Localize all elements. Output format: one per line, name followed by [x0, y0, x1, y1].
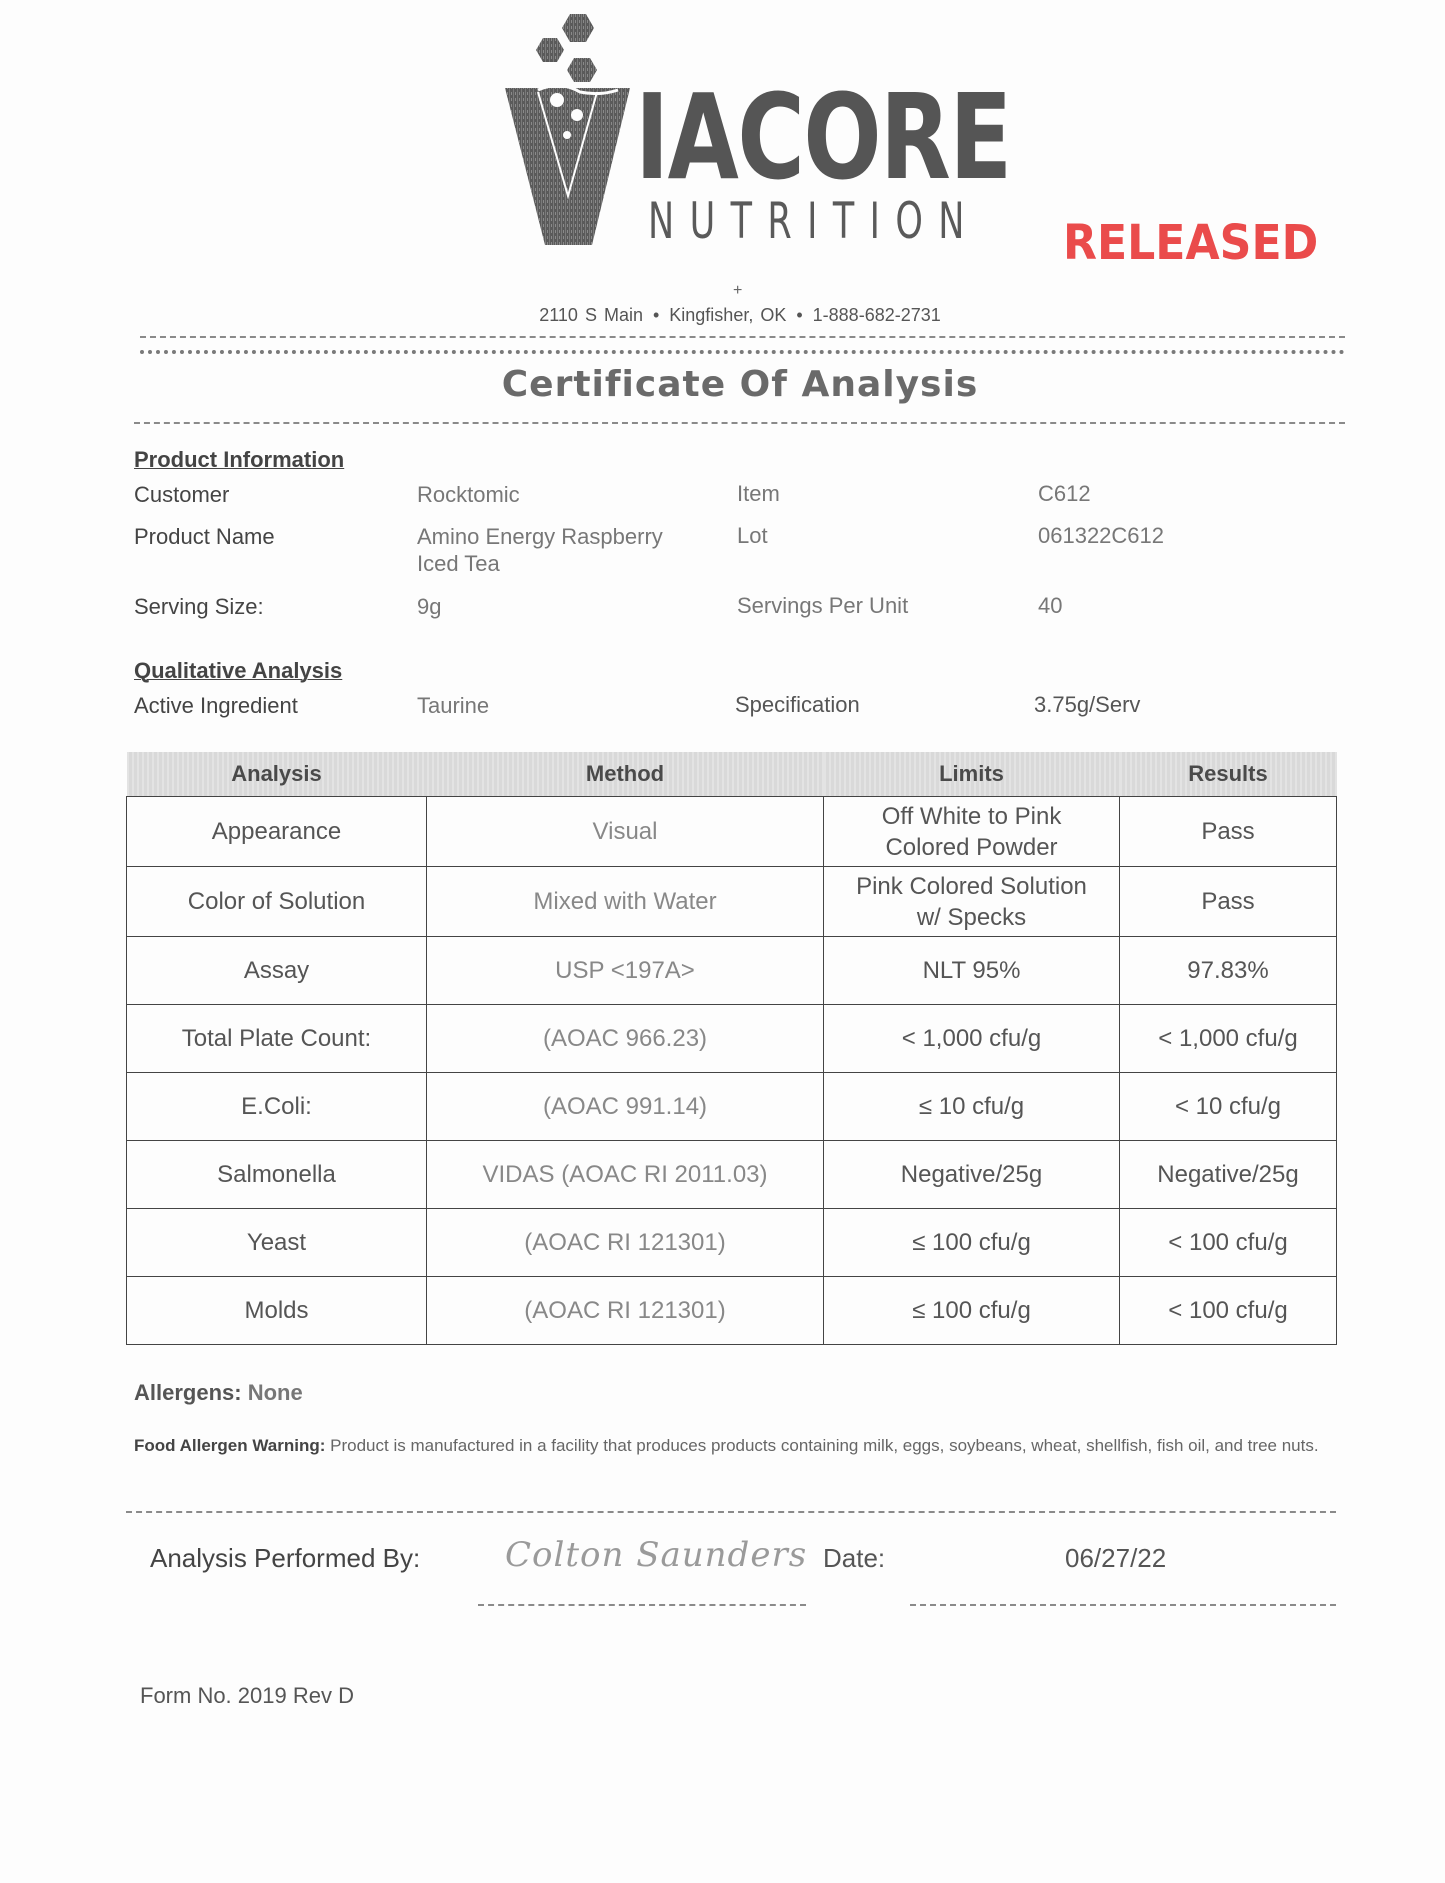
date-value: 06/27/22 — [1065, 1543, 1166, 1574]
column-header-limits: Limits — [824, 752, 1120, 797]
warning-text: Product is manufactured in a facility th… — [330, 1436, 1318, 1455]
customer-label: Customer — [134, 482, 229, 508]
active-ingredient-label: Active Ingredient — [134, 693, 298, 719]
limits-line-1: < 1,000 cfu/g — [830, 1023, 1113, 1054]
analysis-cell: Total Plate Count: — [127, 1005, 427, 1073]
method-cell: (AOAC RI 121301) — [427, 1277, 824, 1345]
header-divider — [140, 336, 1345, 338]
limits-cell: ≤ 100 cfu/g — [824, 1209, 1120, 1277]
warning-label: Food Allergen Warning: — [134, 1436, 325, 1455]
limits-cell: < 1,000 cfu/g — [824, 1005, 1120, 1073]
analysis-cell: E.Coli: — [127, 1073, 427, 1141]
limits-line-2: w/ Specks — [830, 902, 1113, 933]
analysis-cell: Salmonella — [127, 1141, 427, 1209]
table-row: E.Coli:(AOAC 991.14)≤ 10 cfu/g< 10 cfu/g — [127, 1073, 1337, 1141]
method-cell: VIDAS (AOAC RI 2011.03) — [427, 1141, 824, 1209]
column-header-analysis: Analysis — [127, 752, 427, 797]
logo-wordmark: IACORE — [635, 78, 1011, 196]
table-row: AppearanceVisualOff White to PinkColored… — [127, 797, 1337, 867]
address-separator: • — [796, 305, 802, 325]
address-street: 2110 S Main — [539, 305, 643, 325]
footer-divider — [126, 1511, 1336, 1513]
result-cell: < 100 cfu/g — [1120, 1209, 1337, 1277]
product-name-value-line2: Iced Tea — [417, 551, 500, 577]
viacore-logo: IACORE NUTRITION — [500, 0, 980, 255]
allergens-label: Allergens: — [134, 1380, 242, 1405]
limits-line-1: Pink Colored Solution — [830, 871, 1113, 902]
limits-line-1: NLT 95% — [830, 955, 1113, 986]
limits-line-1: ≤ 10 cfu/g — [830, 1091, 1113, 1122]
signature-line — [478, 1604, 806, 1606]
food-allergen-warning: Food Allergen Warning: Product is manufa… — [134, 1433, 1339, 1458]
analysis-cell: Yeast — [127, 1209, 427, 1277]
result-cell: Pass — [1120, 867, 1337, 937]
table-row: Yeast(AOAC RI 121301)≤ 100 cfu/g< 100 cf… — [127, 1209, 1337, 1277]
active-ingredient-value: Taurine — [417, 693, 489, 719]
method-cell: (AOAC RI 121301) — [427, 1209, 824, 1277]
method-cell: (AOAC 966.23) — [427, 1005, 824, 1073]
table-row: Color of SolutionMixed with WaterPink Co… — [127, 867, 1337, 937]
method-cell: USP <197A> — [427, 937, 824, 1005]
result-cell: 97.83% — [1120, 937, 1337, 1005]
lot-label: Lot — [737, 523, 768, 549]
form-number: Form No. 2019 Rev D — [140, 1683, 354, 1709]
table-row: Total Plate Count:(AOAC 966.23)< 1,000 c… — [127, 1005, 1337, 1073]
qualitative-analysis-heading: Qualitative Analysis — [134, 658, 342, 684]
column-header-method: Method — [427, 752, 824, 797]
item-label: Item — [737, 481, 780, 507]
result-cell: < 1,000 cfu/g — [1120, 1005, 1337, 1073]
specification-label: Specification — [735, 692, 860, 718]
address-phone: 1-888-682-2731 — [813, 305, 941, 325]
product-name-value-line1: Amino Energy Raspberry — [417, 524, 663, 550]
limits-cell: Pink Colored Solutionw/ Specks — [824, 867, 1120, 937]
logo-subtitle: NUTRITION — [648, 196, 980, 246]
date-label: Date: — [823, 1543, 885, 1574]
page-title: Certificate Of Analysis — [0, 364, 1445, 405]
address-plus: + — [733, 282, 742, 300]
address-city: Kingfisher, OK — [669, 305, 786, 325]
company-address: 2110 S Main•Kingfisher, OK•1-888-682-273… — [0, 305, 1445, 326]
method-cell: Visual — [427, 797, 824, 867]
table-row: Molds(AOAC RI 121301)≤ 100 cfu/g< 100 cf… — [127, 1277, 1337, 1345]
analysis-cell: Color of Solution — [127, 867, 427, 937]
method-cell: (AOAC 991.14) — [427, 1073, 824, 1141]
limits-cell: Negative/25g — [824, 1141, 1120, 1209]
result-cell: < 10 cfu/g — [1120, 1073, 1337, 1141]
limits-cell: ≤ 10 cfu/g — [824, 1073, 1120, 1141]
allergens-line: Allergens: None — [134, 1380, 303, 1406]
analysis-table: Analysis Method Limits Results Appearanc… — [126, 752, 1337, 1345]
product-name-label: Product Name — [134, 524, 275, 550]
limits-cell: NLT 95% — [824, 937, 1120, 1005]
limits-line-1: Negative/25g — [830, 1159, 1113, 1190]
servings-per-unit-label: Servings Per Unit — [737, 593, 908, 619]
analysis-cell: Assay — [127, 937, 427, 1005]
column-header-results: Results — [1120, 752, 1337, 797]
serving-size-value: 9g — [417, 594, 441, 620]
table-row: SalmonellaVIDAS (AOAC RI 2011.03)Negativ… — [127, 1141, 1337, 1209]
method-cell: Mixed with Water — [427, 867, 824, 937]
address-separator: • — [653, 305, 659, 325]
released-stamp: RELEASED — [1063, 215, 1318, 271]
allergens-value: None — [248, 1380, 303, 1405]
table-header-row: Analysis Method Limits Results — [127, 752, 1337, 797]
limits-line-1: ≤ 100 cfu/g — [830, 1295, 1113, 1326]
limits-line-1: ≤ 100 cfu/g — [830, 1227, 1113, 1258]
table-body: AppearanceVisualOff White to PinkColored… — [127, 797, 1337, 1345]
servings-per-unit-value: 40 — [1038, 593, 1062, 619]
date-line — [910, 1604, 1336, 1606]
product-information-heading: Product Information — [134, 447, 344, 473]
serving-size-label: Serving Size: — [134, 594, 264, 620]
limits-cell: Off White to PinkColored Powder — [824, 797, 1120, 867]
limits-line-2: Colored Powder — [830, 832, 1113, 863]
specification-value: 3.75g/Serv — [1034, 692, 1140, 718]
result-cell: Negative/25g — [1120, 1141, 1337, 1209]
customer-value: Rocktomic — [417, 482, 520, 508]
limits-line-1: Off White to Pink — [830, 801, 1113, 832]
table-row: AssayUSP <197A>NLT 95%97.83% — [127, 937, 1337, 1005]
title-divider — [134, 422, 1345, 424]
result-cell: Pass — [1120, 797, 1337, 867]
item-value: C612 — [1038, 481, 1091, 507]
lot-value: 061322C612 — [1038, 523, 1164, 549]
analysis-cell: Appearance — [127, 797, 427, 867]
result-cell: < 100 cfu/g — [1120, 1277, 1337, 1345]
performed-by-label: Analysis Performed By: — [150, 1543, 420, 1574]
limits-cell: ≤ 100 cfu/g — [824, 1277, 1120, 1345]
analyst-signature: Colton Saunders — [505, 1535, 807, 1575]
analysis-cell: Molds — [127, 1277, 427, 1345]
header-divider-thick — [140, 350, 1345, 354]
